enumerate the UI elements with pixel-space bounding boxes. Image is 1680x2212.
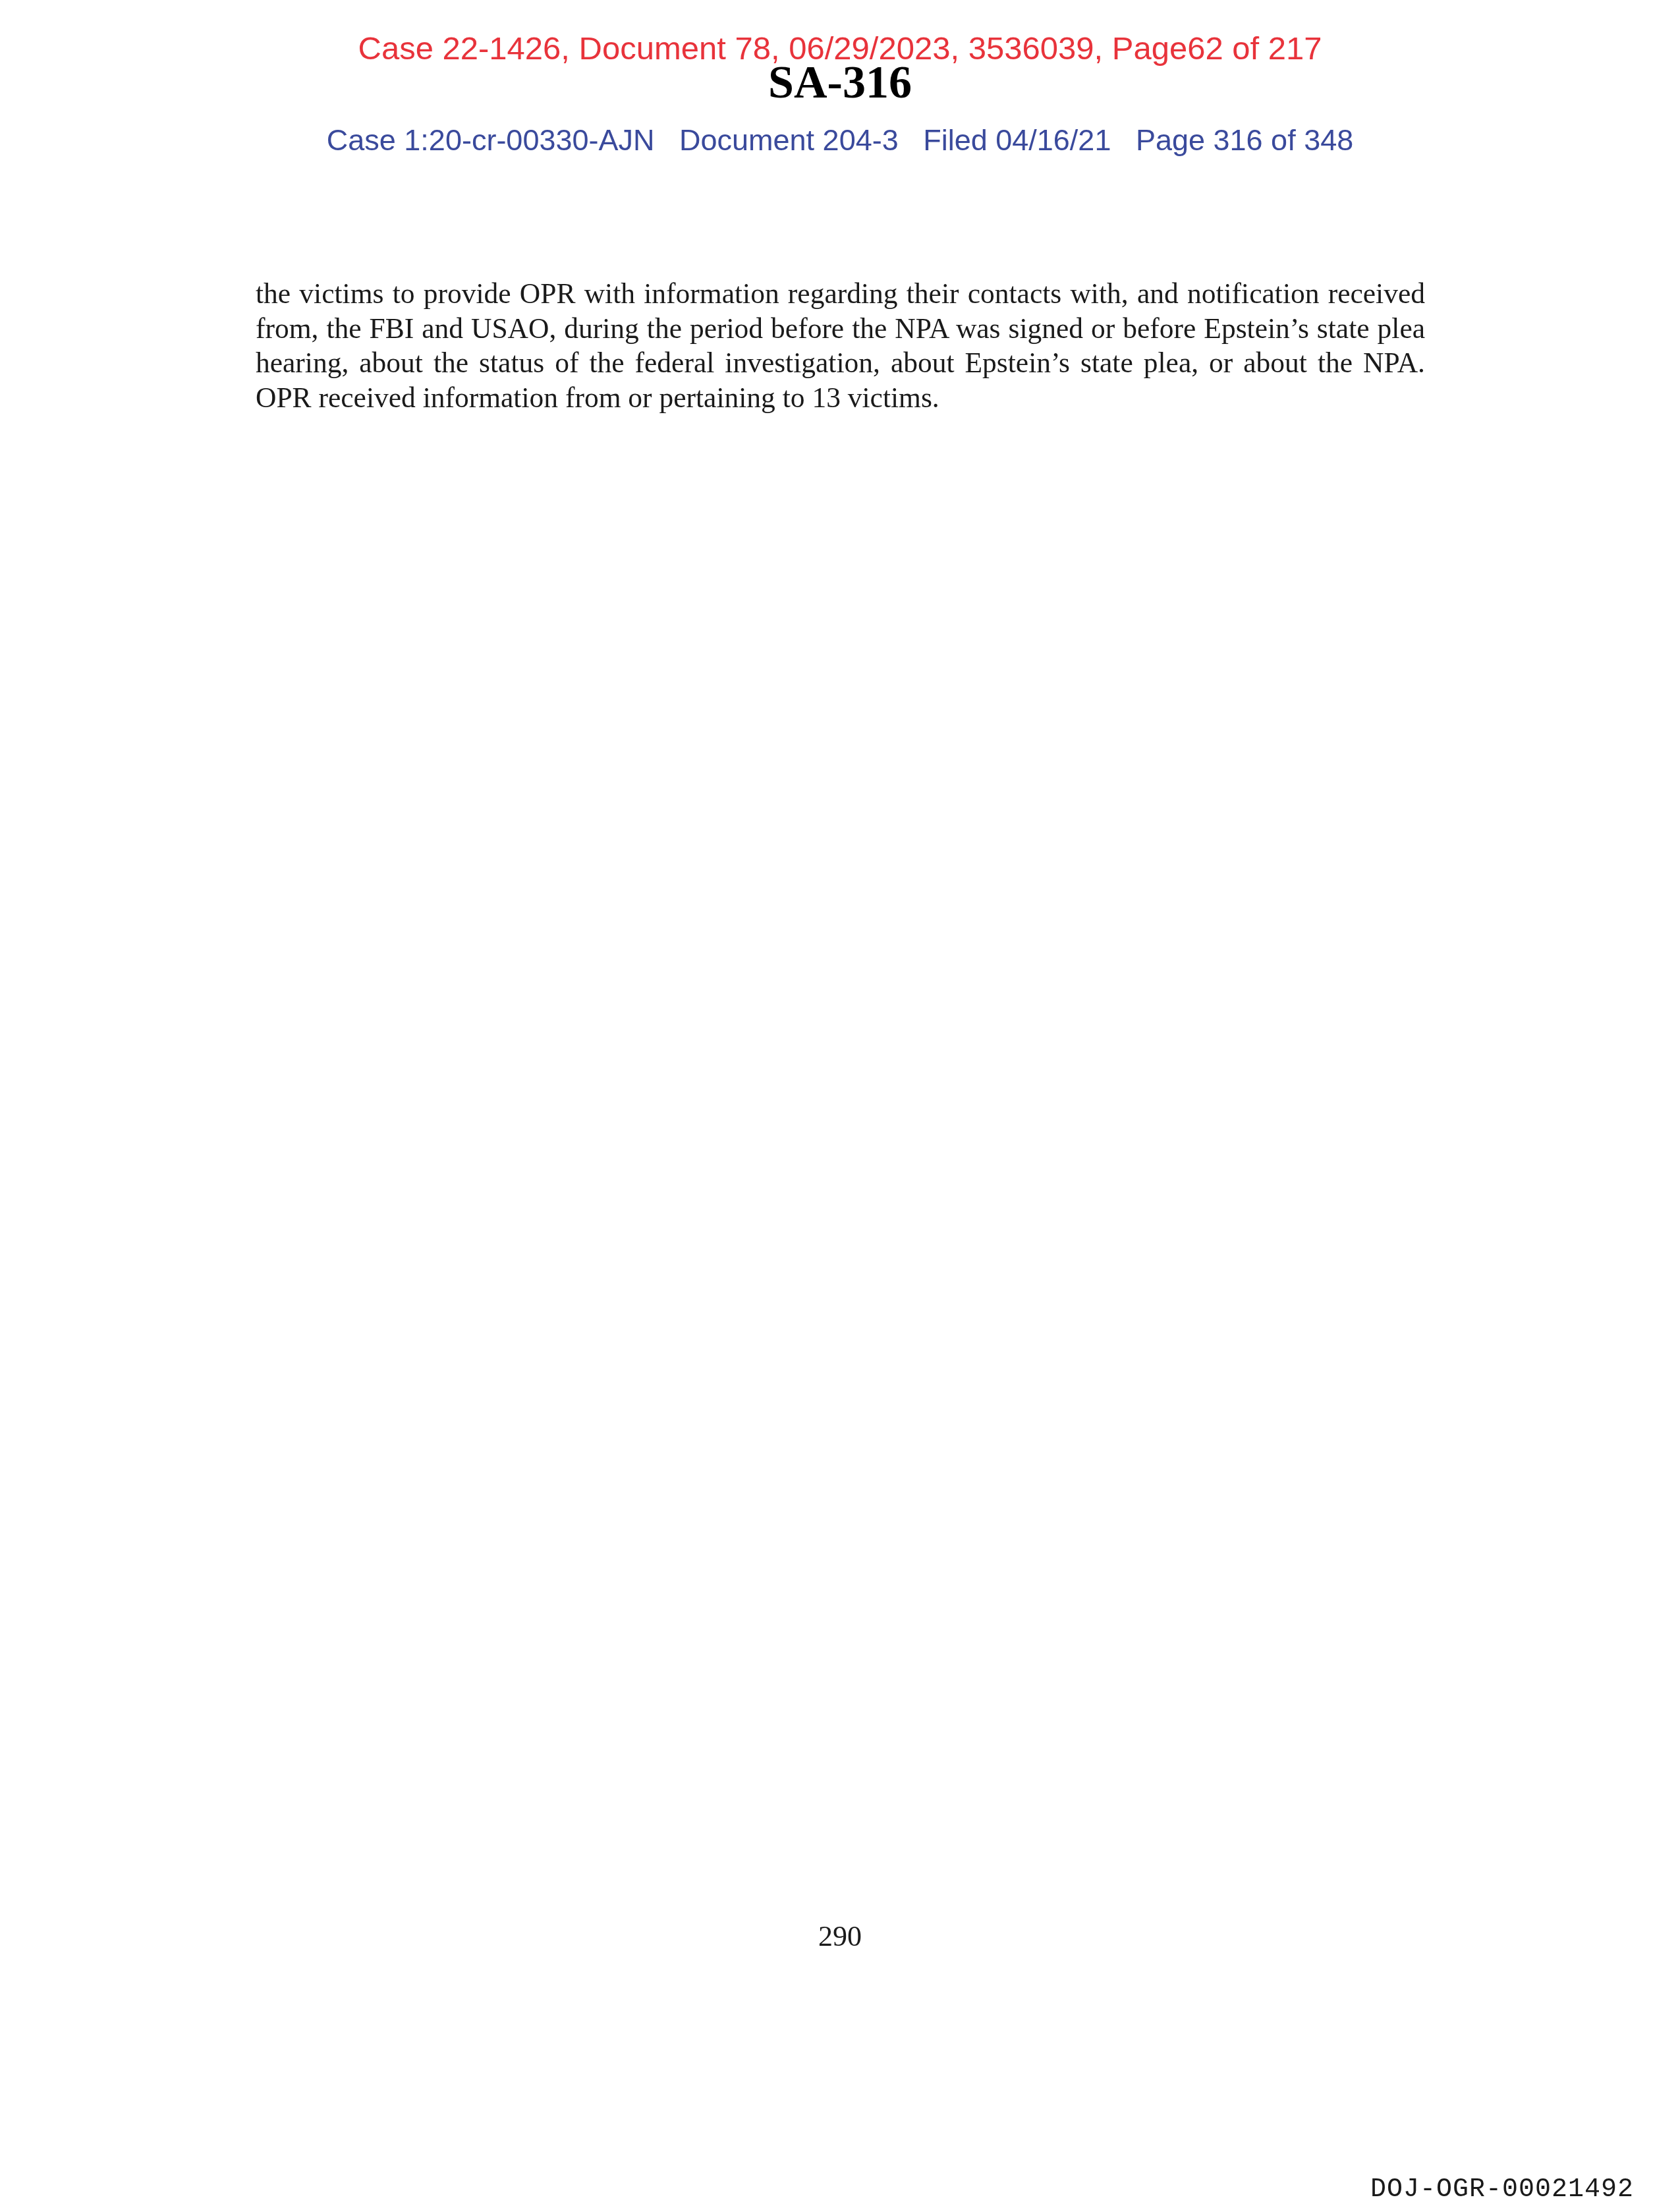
bates-number: DOJ-OGR-00021492 — [1370, 2174, 1634, 2206]
page-number: 290 — [0, 1919, 1680, 1954]
appendix-page-number: SA-316 — [0, 57, 1680, 109]
body-paragraph: the victims to provide OPR with informat… — [256, 277, 1425, 415]
district-case-stamp: Case 1:20-cr-00330-AJN Document 204-3 Fi… — [0, 122, 1680, 159]
